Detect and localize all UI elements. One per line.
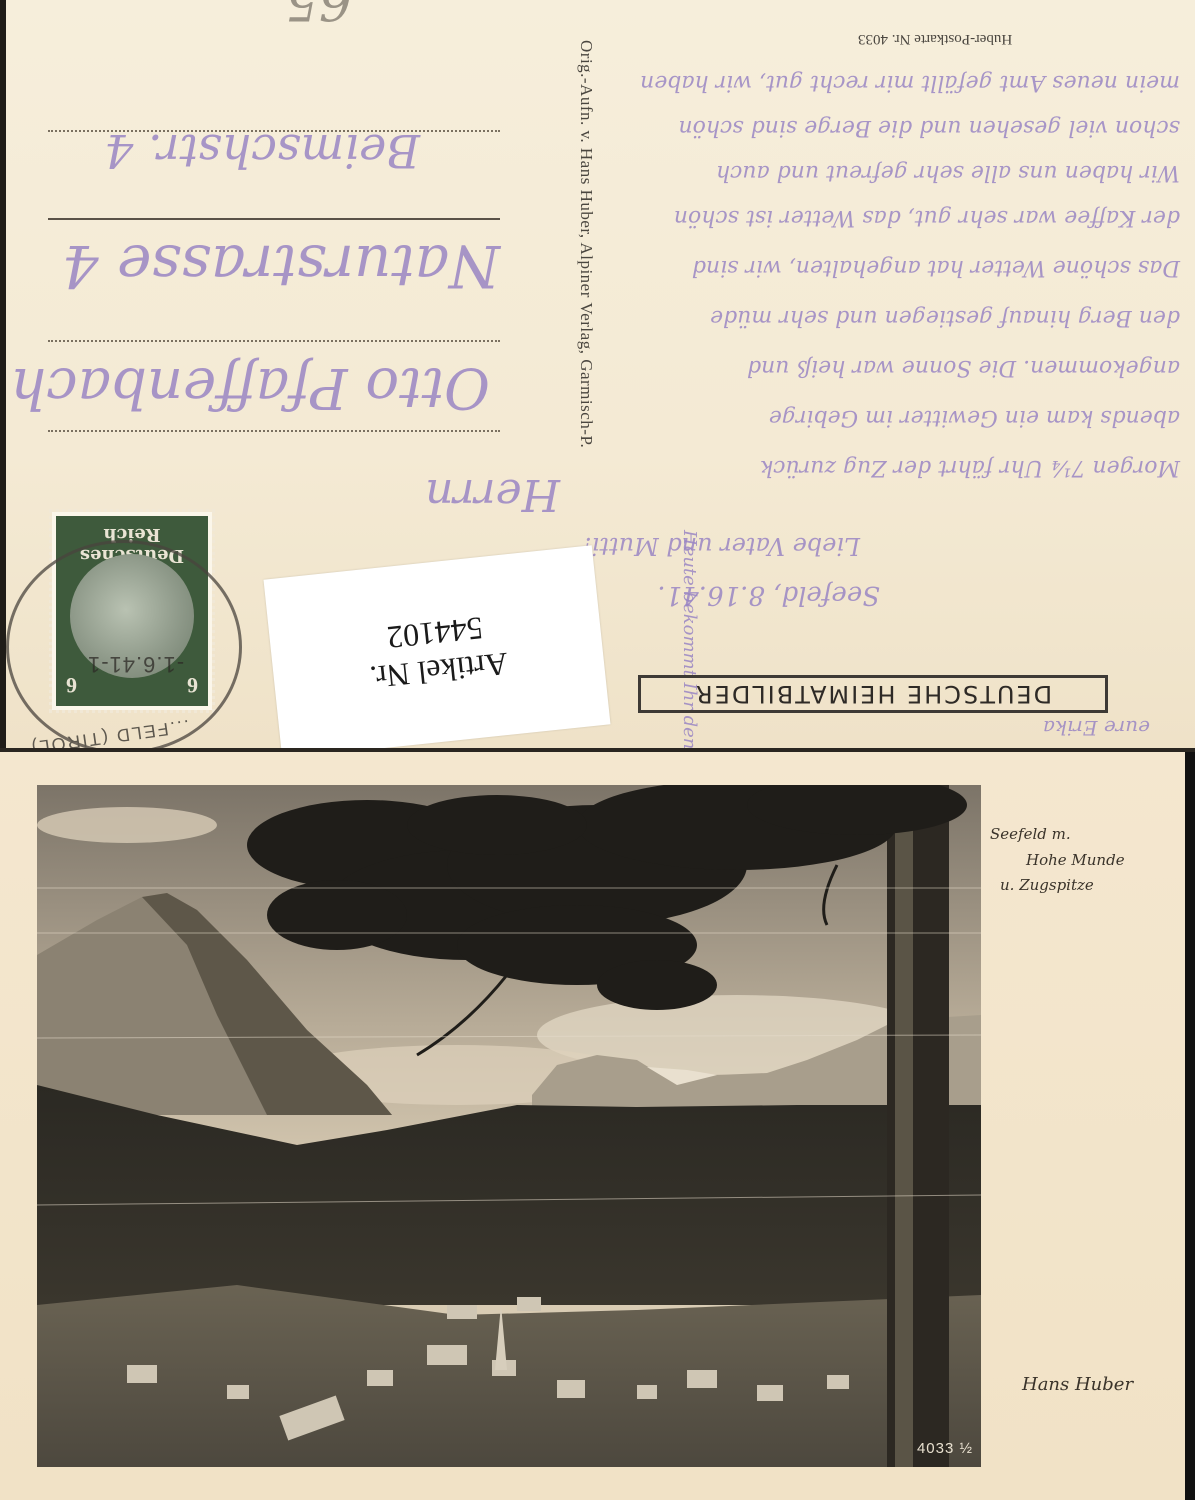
- pencil-mark: 65: [286, 0, 352, 30]
- note-line: Heute bekommt Ihr den Brief: [679, 530, 700, 752]
- photographer-signature: Hans Huber: [1022, 1374, 1133, 1395]
- address-line-2: [48, 218, 500, 220]
- photo-scene: [37, 785, 981, 1467]
- message-line: abends kam ein Gewitter im Gebirge: [769, 405, 1180, 430]
- sign-off-line: eure Erika: [1043, 716, 1150, 740]
- postmark-town: ...FELD (TIROL): [28, 715, 190, 752]
- caption-line-3: u. Zugspitze: [990, 873, 1180, 899]
- postmark-date: -1.6.41-1: [87, 651, 184, 677]
- message-line: mein neues Amt gefällt mir recht gut, wi…: [640, 70, 1180, 95]
- publisher-imprint: Orig.-Aufn. v. Hans Huber, Alpiner Verla…: [566, 40, 606, 600]
- address-handwriting-4: Herrn: [425, 469, 560, 520]
- series-stamp-box: DEUTSCHE HEIMATBILDER: [638, 675, 1108, 713]
- landscape-photo: 4033 ½: [37, 785, 981, 1467]
- postcard-front: 4033 ½ Seefeld m. Hohe Munde u. Zugspitz…: [0, 752, 1185, 1500]
- address-handwriting-1: Beimschstr. 4: [104, 124, 420, 178]
- scan-edge: [0, 0, 6, 748]
- address-handwriting-2: Naturstrasse 4: [62, 232, 500, 300]
- postcard-back: 65 Beimschstr. 4 Naturstrasse 4 Otto Pfa…: [0, 0, 1195, 752]
- postmark: -1.6.41-1 ...FELD (TIROL): [6, 540, 242, 752]
- card-number: Huber-Postkarte Nr. 4033: [858, 30, 1012, 47]
- publisher-text: Orig.-Aufn. v. Hans Huber, Alpiner Verla…: [576, 40, 596, 448]
- series-stamp-text: DEUTSCHE HEIMATBILDER: [694, 680, 1052, 708]
- message-line: Wir haben uns alle sehr gefreut und auch: [716, 160, 1180, 185]
- message-line: angekommen. Die Sonne war heiß und: [747, 355, 1180, 380]
- caption-line-1: Seefeld m.: [990, 822, 1180, 848]
- message-line: der Kaffee war sehr gut, das Wetter ist …: [674, 205, 1180, 230]
- caption-line-2: Hohe Munde: [990, 848, 1180, 874]
- scan-edge: [1185, 752, 1195, 1500]
- address-handwriting-3: Otto Pfaffenbach: [10, 355, 490, 420]
- address-line-3: [48, 340, 500, 342]
- message-line: den Berg hinauf gestiegen und sehr müde: [710, 305, 1180, 330]
- message-line: schon viel gesehen und die Berge sind sc…: [678, 115, 1180, 140]
- photo-caption: Seefeld m. Hohe Munde u. Zugspitze: [990, 822, 1180, 899]
- article-label: Artikel Nr. 544102: [263, 545, 610, 752]
- message-line: Morgen 7¼ Uhr fährt der Zug zurück: [760, 455, 1180, 480]
- message-line: Das schöne Wetter hat angehalten, wir si…: [692, 255, 1180, 280]
- photo-number: 4033 ½: [917, 1440, 973, 1457]
- greeting-line: Liebe Vater und Mutti!: [582, 532, 860, 560]
- address-line-4: [48, 430, 500, 432]
